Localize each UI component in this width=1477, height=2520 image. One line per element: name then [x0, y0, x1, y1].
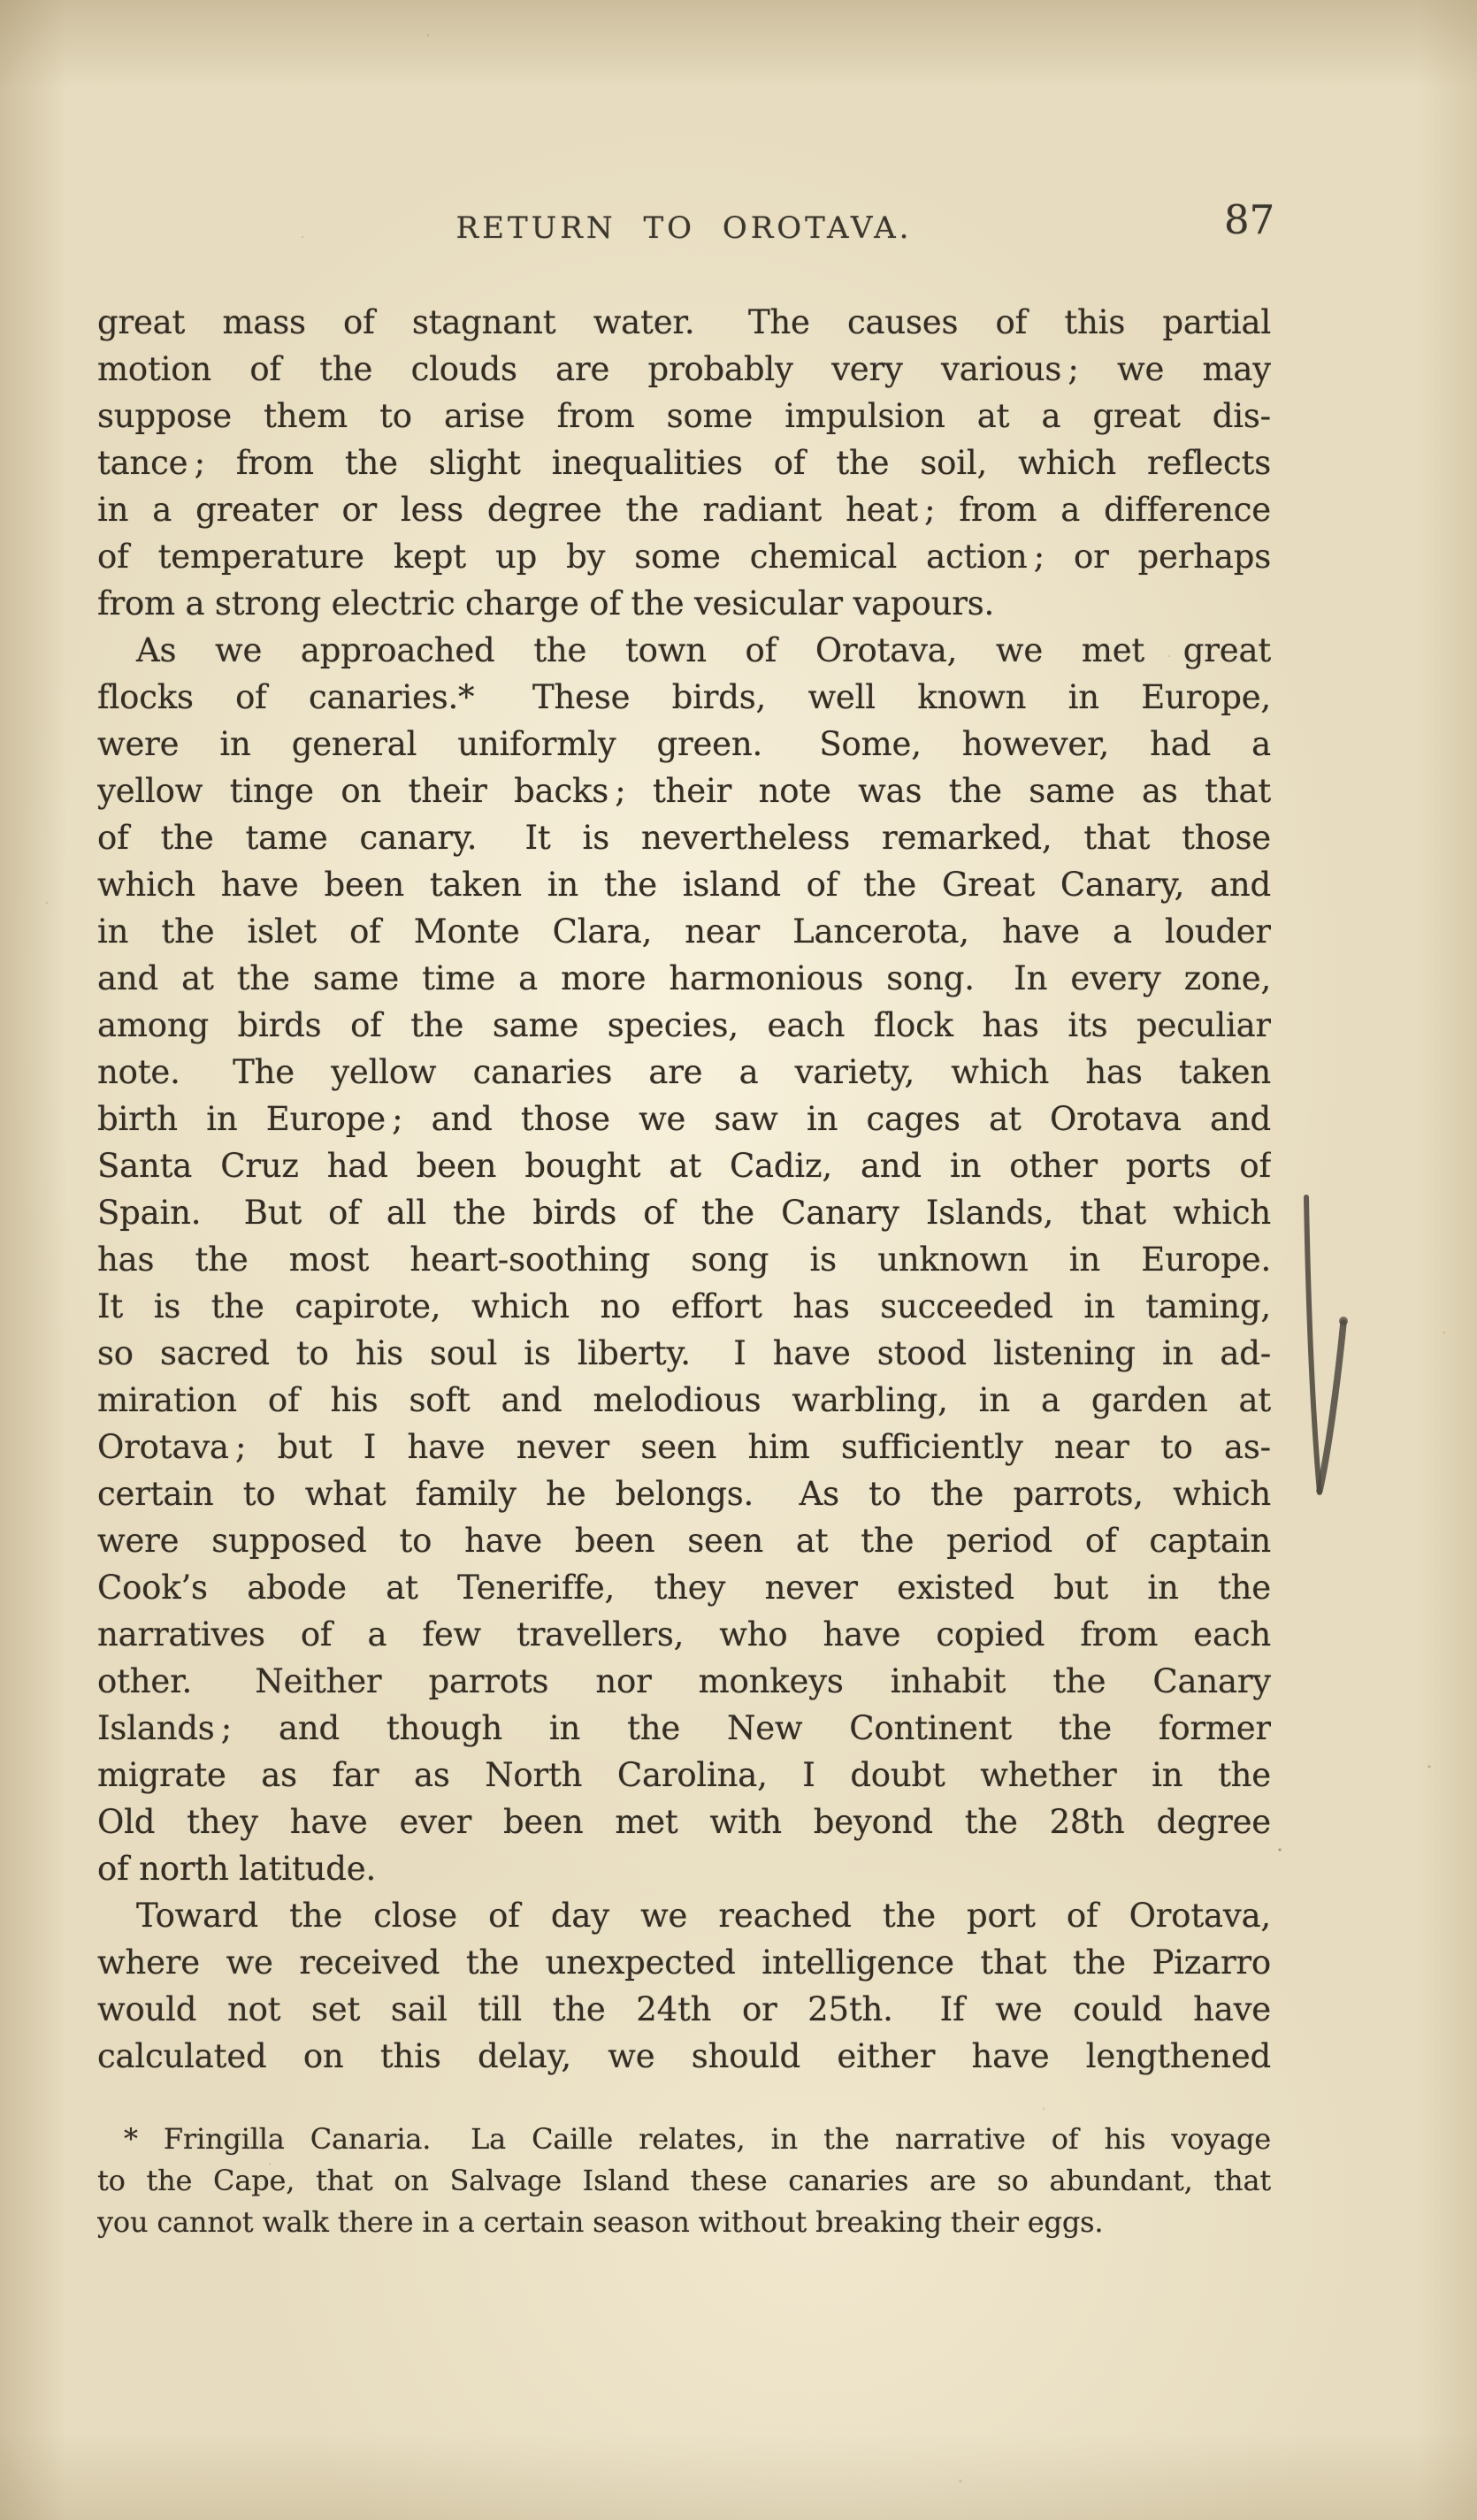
text-line: in a greater or less degree the radiant … [97, 486, 1271, 533]
text-line: motion of the clouds are probably very v… [97, 346, 1271, 393]
text-line: Islands ; and though in the New Continen… [97, 1705, 1271, 1752]
text-line: calculated on this delay, we should eith… [97, 2033, 1271, 2080]
text-line: Orotava ; but I have never seen him suff… [97, 1424, 1271, 1470]
text-line: Cook’s abode at Teneriffe, they never ex… [97, 1564, 1271, 1611]
text-line: birth in Europe ; and those we saw in ca… [97, 1096, 1271, 1142]
text-line: of the tame canary. It is nevertheless r… [97, 814, 1271, 861]
text-line: Spain. But of all the birds of the Canar… [97, 1189, 1271, 1236]
page-number: 87 [1224, 196, 1286, 243]
text-line: Santa Cruz had been bought at Cadiz, and… [97, 1142, 1271, 1189]
text-line: Toward the close of day we reached the p… [97, 1892, 1271, 1939]
text-line: * Fringilla Canaria. La Caille relates, … [97, 2119, 1271, 2160]
text-line: of temperature kept up by some chemical … [97, 533, 1271, 580]
text-line: other. Neither parrots nor monkeys inhab… [97, 1658, 1271, 1705]
text-line: which have been taken in the island of t… [97, 861, 1271, 908]
text-line: to the Cape, that on Salvage Island thes… [97, 2160, 1271, 2202]
text-line: yellow tinge on their backs ; their note… [97, 767, 1271, 814]
text-line: certain to what family he belongs. As to… [97, 1470, 1271, 1517]
text-line: tance ; from the slight inequalities of … [97, 439, 1271, 486]
text-line: so sacred to his soul is liberty. I have… [97, 1330, 1271, 1377]
text-line: great mass of stagnant water. The causes… [97, 299, 1271, 346]
book-page: RETURN TO OROTAVA. 87 great mass of stag… [0, 0, 1477, 2520]
text-line: in the islet of Monte Clara, near Lancer… [97, 908, 1271, 955]
text-line: would not set sail till the 24th or 25th… [97, 1986, 1271, 2033]
text-line: among birds of the same species, each fl… [97, 1002, 1271, 1049]
text-line: has the most heart-soothing song is unkn… [97, 1236, 1271, 1283]
text-line: migrate as far as North Carolina, I doub… [97, 1752, 1271, 1798]
text-line: flocks of canaries.* These birds, well k… [97, 674, 1271, 721]
margin-pen-mark [1287, 1181, 1366, 1517]
text-line: Old they have ever been met with beyond … [97, 1798, 1271, 1845]
text-line: of north latitude. [97, 1845, 1271, 1892]
body-text: great mass of stagnant water. The causes… [97, 299, 1271, 2080]
text-line: It is the capirote, which no effort has … [97, 1283, 1271, 1330]
text-line: note. The yellow canaries are a variety,… [97, 1049, 1271, 1096]
text-line: miration of his soft and melodious warbl… [97, 1377, 1271, 1424]
text-line: from a strong electric charge of the ves… [97, 580, 1271, 627]
text-line: were in general uniformly green. Some, h… [97, 721, 1271, 767]
text-line: where we received the unexpected intelli… [97, 1939, 1271, 1986]
text-line: suppose them to arise from some impulsio… [97, 393, 1271, 439]
text-line: and at the same time a more harmonious s… [97, 955, 1271, 1002]
text-line: were supposed to have been seen at the p… [97, 1517, 1271, 1564]
text-line: narratives of a few travellers, who have… [97, 1611, 1271, 1658]
running-header: RETURN TO OROTAVA. [97, 210, 1271, 246]
footnote: * Fringilla Canaria. La Caille relates, … [97, 2119, 1271, 2243]
text-line: you cannot walk there in a certain seaso… [97, 2202, 1271, 2243]
text-line: As we approached the town of Orotava, we… [97, 627, 1271, 674]
